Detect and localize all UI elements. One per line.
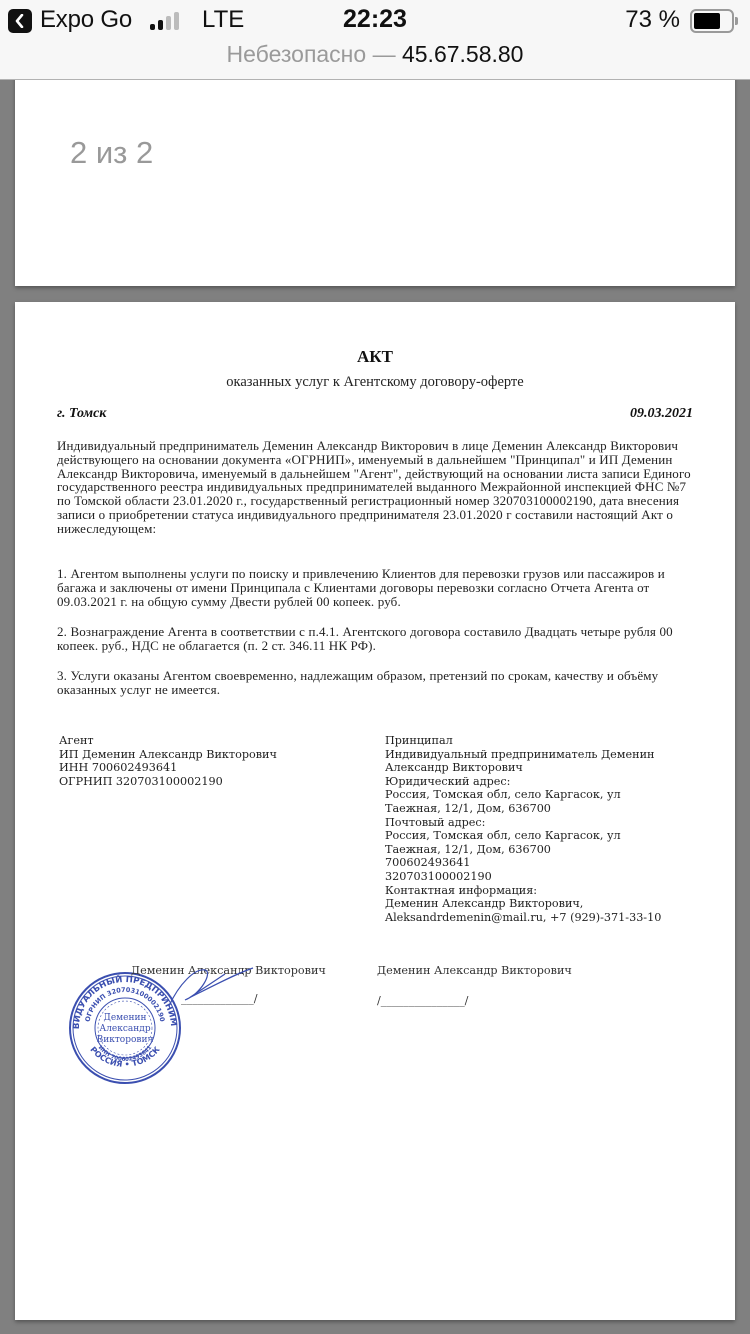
- address-bar[interactable]: Небезопасно — 45.67.58.80: [0, 41, 750, 68]
- document-city: г. Томск: [57, 406, 106, 422]
- agent-ogrnip: ОГРНИП 320703100002190: [59, 775, 277, 789]
- security-warning: Небезопасно —: [227, 41, 396, 67]
- document-subtitle: оказанных услуг к Агентскому договору-оф…: [15, 374, 735, 391]
- agent-details: Агент ИП Деменин Александр Викторович ИН…: [59, 734, 277, 788]
- principal-line: Юридический адрес:: [385, 775, 661, 789]
- principal-line: Индивидуальный предприниматель Деменин: [385, 748, 661, 762]
- document-date: 09.03.2021: [630, 406, 693, 422]
- principal-heading: Принципал: [385, 734, 661, 748]
- agent-name: ИП Деменин Александр Викторович: [59, 748, 277, 762]
- principal-line: Почтовый адрес:: [385, 816, 661, 830]
- clause-1: 1. Агентом выполнены услуги по поиску и …: [57, 567, 697, 608]
- principal-line: 700602493641: [385, 856, 661, 870]
- principal-signature-line: /_______________/: [377, 994, 468, 1007]
- clause-3: 3. Услуги оказаны Агентом своевременно, …: [57, 669, 697, 697]
- svg-text:Викторович: Викторович: [97, 1035, 154, 1045]
- document-title: АКТ: [15, 347, 735, 367]
- battery-percent: 73 %: [625, 6, 680, 34]
- handwritten-signature-icon: [155, 964, 265, 1014]
- principal-line: Россия, Томская обл, село Каргасок, ул: [385, 829, 661, 843]
- pdf-page-1: 2 из 2: [15, 70, 735, 286]
- principal-line: Деменин Александр Викторович,: [385, 897, 661, 911]
- principal-line: Таежная, 12/1, Дом, 636700: [385, 802, 661, 816]
- status-bar: Expo Go LTE 22:23 73 %: [0, 0, 750, 42]
- battery-icon: [690, 9, 736, 33]
- intro-paragraph: Индивидуальный предприниматель Деменин А…: [57, 439, 697, 536]
- agent-heading: Агент: [59, 734, 277, 748]
- page-counter: 2 из 2: [70, 135, 153, 171]
- browser-top-bar: Expo Go LTE 22:23 73 % Небезопасно — 45.…: [0, 0, 750, 80]
- principal-contact: Aleksandrdemenin@mail.ru, +7 (929)-371-3…: [385, 911, 661, 925]
- svg-text:Деменин: Деменин: [104, 1013, 147, 1023]
- clause-2: 2. Вознаграждение Агента в соответствии …: [57, 625, 697, 653]
- principal-line: Таежная, 12/1, Дом, 636700: [385, 843, 661, 857]
- principal-line: Александр Викторович: [385, 761, 661, 775]
- url-host: 45.67.58.80: [402, 41, 524, 67]
- principal-line: Россия, Томская обл, село Каргасок, ул: [385, 788, 661, 802]
- principal-signature-name: Деменин Александр Викторович: [377, 964, 572, 977]
- pdf-page-2: АКТ оказанных услуг к Агентскому договор…: [15, 302, 735, 1320]
- svg-text:Александр: Александр: [99, 1024, 150, 1034]
- principal-line: 320703100002190: [385, 870, 661, 884]
- principal-details: Принципал Индивидуальный предприниматель…: [385, 734, 661, 924]
- principal-line: Контактная информация:: [385, 884, 661, 898]
- agent-inn: ИНН 700602493641: [59, 761, 277, 775]
